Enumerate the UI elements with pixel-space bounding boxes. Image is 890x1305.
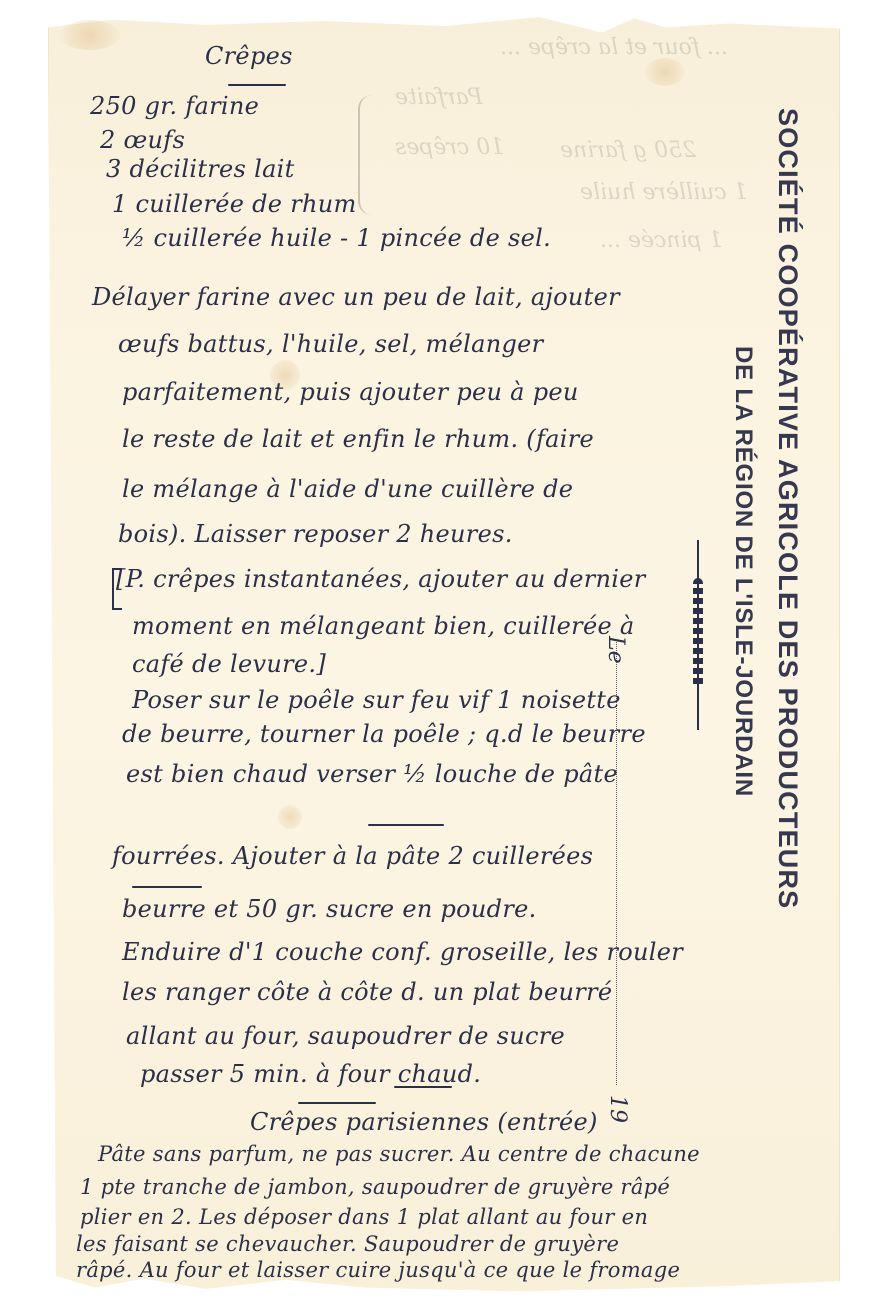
method-line: allant au four, saupoudrer de sucre	[126, 1022, 565, 1050]
method-line: passer 5 min. à four chaud.	[140, 1060, 481, 1088]
method-line: 1 pte tranche de jambon, saupoudrer de g…	[80, 1175, 670, 1199]
ingredient-line: 3 décilitres lait	[106, 155, 295, 183]
method-line: plier en 2. Les déposer dans 1 plat alla…	[80, 1205, 648, 1229]
ingredient-line: 1 cuillerée de rhum	[112, 190, 357, 218]
method-line: bois). Laisser reposer 2 heures.	[118, 520, 513, 548]
method-line: [P. crêpes instantanées, ajouter au dern…	[116, 565, 646, 593]
margin-mark-le: Le	[603, 636, 628, 664]
bleed-through-text: Parfaite	[395, 85, 483, 110]
recipe-title-crepes-parisiennes: Crêpes parisiennes (entrée)	[250, 1108, 598, 1136]
method-line: le mélange à l'aide d'une cuillère de	[122, 475, 573, 503]
four-underline	[394, 1086, 452, 1088]
fourrees-underline	[132, 886, 202, 888]
ornamental-beads	[693, 578, 703, 688]
recipe-title-crepes: Crêpes	[205, 42, 293, 70]
method-line: les faisant se chevaucher. Saupoudrer de…	[76, 1232, 619, 1256]
letterhead-region: DE LA RÉGION DE L'ISLE-JOURDAIN	[729, 346, 757, 797]
section-separator	[368, 824, 444, 826]
bleed-through-text: 1 cuillère huile	[580, 180, 748, 205]
section-separator	[298, 1102, 376, 1104]
ingredient-line: 250 gr. farine	[90, 92, 259, 120]
bleed-through-brace	[358, 95, 378, 215]
method-line: Poser sur le poêle sur feu vif 1 noisett…	[132, 686, 621, 714]
method-line: moment en mélangeant bien, cuillerée à	[132, 612, 635, 640]
method-line: les ranger côte à côte d. un plat beurré	[122, 978, 612, 1006]
method-line: est bien chaud verser ½ louche de pâte	[126, 760, 618, 788]
paper-stain	[278, 805, 302, 829]
bleed-through-text: ... four et la crêpe ...	[500, 35, 728, 60]
margin-mark-year: 19	[605, 1095, 630, 1123]
bleed-through-text: 250 g farine	[560, 138, 696, 163]
method-line: œufs battus, l'huile, sel, mélanger	[118, 330, 543, 358]
paper-stain	[60, 20, 120, 50]
ingredient-line: ½ cuillerée huile - 1 pincée de sel.	[122, 224, 551, 252]
letterhead-organization-name: SOCIÉTÉ COOPÉRATIVE AGRICOLE DES PRODUCT…	[772, 108, 803, 909]
bleed-through-text: 10 crêpes	[395, 135, 504, 160]
method-line: le reste de lait et enfin le rhum. (fair…	[122, 425, 594, 453]
method-line: parfaitement, puis ajouter peu à peu	[122, 378, 579, 406]
method-line: de beurre, tourner la poêle ; q.d le beu…	[122, 720, 646, 748]
method-line: beurre et 50 gr. sucre en poudre.	[122, 895, 537, 923]
bleed-through-text: 1 pincée ...	[600, 228, 723, 253]
title-underline	[228, 84, 286, 86]
method-line: râpé. Au four et laisser cuire jusqu'à c…	[76, 1258, 680, 1282]
method-line: fourrées. Ajouter à la pâte 2 cuillerées	[112, 842, 593, 870]
method-line: café de levure.]	[132, 650, 326, 678]
method-line: Délayer farine avec un peu de lait, ajou…	[92, 283, 620, 311]
method-line: Pâte sans parfum, ne pas sucrer. Au cent…	[98, 1142, 700, 1166]
ingredient-line: 2 œufs	[100, 126, 185, 154]
method-line: Enduire d'1 couche conf. groseille, les …	[122, 938, 683, 966]
paper-stain	[645, 58, 685, 86]
